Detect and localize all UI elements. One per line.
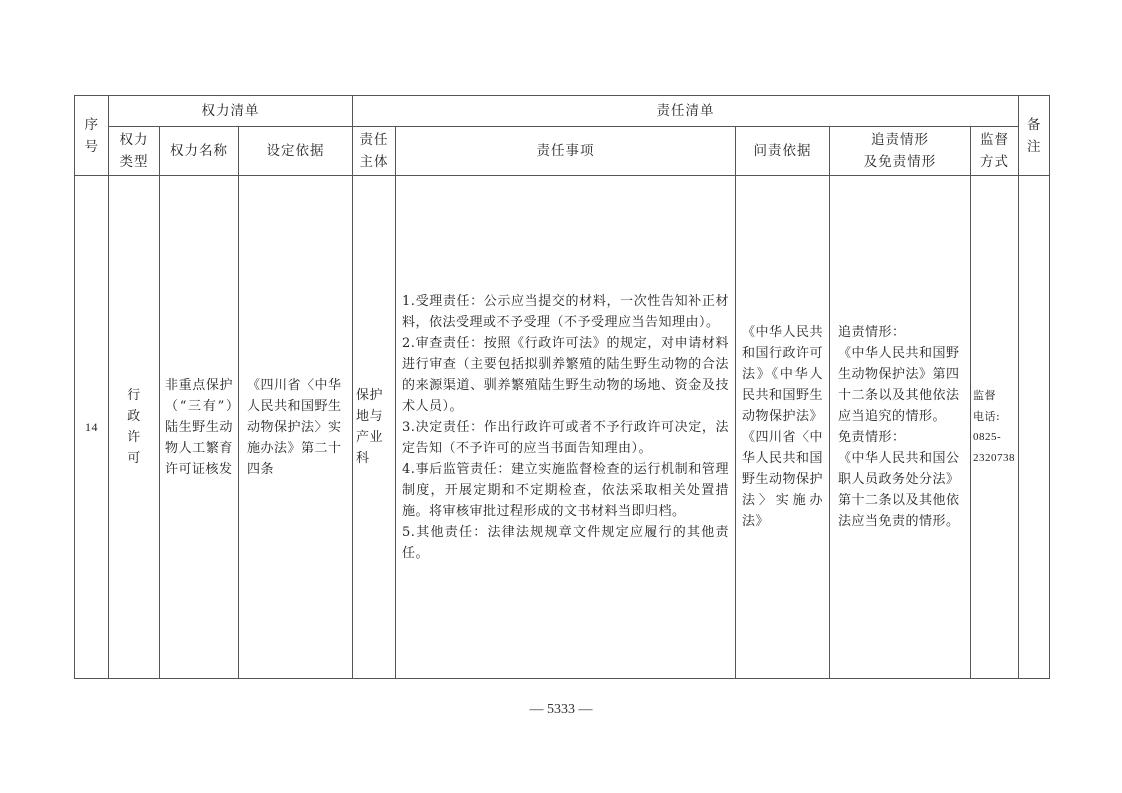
header-accountability-cases-line1: 追责情形: [830, 129, 970, 151]
cell-legal-basis: 《四川省〈中华人民共和国野生动物保护法〉实施办法》第二十四条: [239, 176, 353, 679]
cell-responsibilities: 1.受理责任：公示应当提交的材料，一次性告知补正材料，依法受理或不予受理（不予受…: [396, 176, 736, 679]
cell-power-type-text: 行政许可: [121, 385, 147, 469]
cell-remarks: [1019, 176, 1050, 679]
header-remarks: 备注: [1019, 96, 1050, 176]
responsibility-item: 1.受理责任：公示应当提交的材料，一次性告知补正材料，依法受理或不予受理（不予受…: [402, 291, 729, 333]
header-supervision-text: 监督方式: [980, 129, 1010, 173]
header-responsibility-list: 责任清单: [353, 96, 1019, 127]
header-power-type: 权力类型: [109, 127, 160, 176]
cell-responsible-body: 保护地与产业科: [353, 176, 396, 679]
accountability-case-line: 追责情形：: [838, 322, 962, 343]
header-accountability-cases: 追责情形 及免责情形: [830, 127, 971, 176]
accountability-case-line: 《中华人民共和国公职人员政务处分法》第十二条以及其他依法应当免责的情形。: [838, 448, 962, 532]
responsibility-item: 4.事后监管责任：建立实施监督检查的运行机制和管理制度，开展定期和不定期检查，依…: [402, 459, 729, 522]
header-responsible-body-text: 责任主体: [359, 129, 389, 173]
page-number: — 5333 —: [0, 702, 1122, 718]
cell-accountability-basis: 《中华人民共和国行政许可法》《中华人民共和国野生动物保护法》《四川省〈中华人民共…: [736, 176, 830, 679]
cell-accountability-cases: 追责情形： 《中华人民共和国野生动物保护法》第四十二条以及其他依法应当追究的情形…: [830, 176, 971, 679]
supervision-line: 0825-: [973, 427, 1016, 448]
header-legal-basis: 设定依据: [239, 127, 353, 176]
header-remarks-text: 备注: [1027, 114, 1041, 158]
cell-supervision: 监督 电话: 0825- 2320738: [971, 176, 1019, 679]
cell-power-type: 行政许可: [109, 176, 160, 679]
supervision-line: 2320738: [973, 448, 1016, 469]
supervision-line: 电话:: [973, 406, 1016, 427]
responsibility-item: 5.其他责任：法律法规规章文件规定应履行的其他责任。: [402, 522, 729, 564]
header-power-list: 权力清单: [109, 96, 353, 127]
cell-power-name: 非重点保护（“三有”）陆生野生动物人工繁育许可证核发: [160, 176, 239, 679]
cell-index: 14: [75, 176, 109, 679]
header-power-type-text: 权力类型: [119, 129, 149, 173]
responsibility-item: 2.审查责任：按照《行政许可法》的规定，对申请材料进行审查（主要包括拟驯养繁殖的…: [402, 333, 729, 417]
supervision-line: 监督: [973, 385, 1016, 406]
table-row: 14 行政许可 非重点保护（“三有”）陆生野生动物人工繁育许可证核发 《四川省〈…: [75, 176, 1050, 679]
power-responsibility-table: 序号 权力清单 责任清单 备注 权力类型 权力名称 设定依据 责任主体 责任事项…: [74, 95, 1050, 679]
header-responsibilities: 责任事项: [396, 127, 736, 176]
header-power-name: 权力名称: [160, 127, 239, 176]
accountability-case-line: 免责情形：: [838, 427, 962, 448]
header-responsible-body: 责任主体: [353, 127, 396, 176]
header-index-text: 序号: [85, 114, 99, 158]
header-supervision: 监督方式: [971, 127, 1019, 176]
accountability-case-line: 《中华人民共和国野生动物保护法》第四十二条以及其他依法应当追究的情形。: [838, 343, 962, 427]
header-accountability-basis: 问责依据: [736, 127, 830, 176]
header-accountability-cases-line2: 及免责情形: [830, 151, 970, 173]
header-index: 序号: [75, 96, 109, 176]
responsibility-item: 3.决定责任：作出行政许可或者不予行政许可决定，法定告知（不予许可的应当书面告知…: [402, 417, 729, 459]
